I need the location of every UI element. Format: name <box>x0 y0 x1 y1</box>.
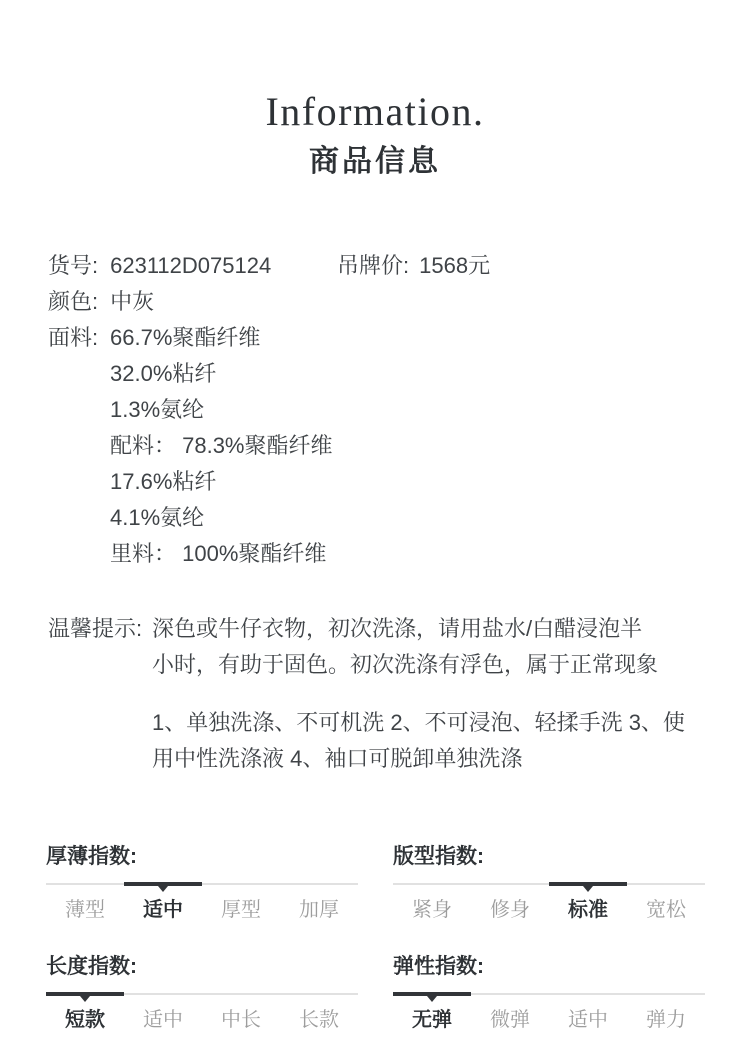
page-header: Information. 商品信息 <box>0 0 750 180</box>
index-label: 版型指数: <box>393 845 705 869</box>
index-option: 中长 <box>202 1008 280 1032</box>
index-options: 无弹 微弹 适中 弹力 <box>393 1008 705 1032</box>
index-option: 长款 <box>280 1008 358 1032</box>
wash-instructions: 1、单独洗涤、不可机洗 2、不可浸泡、轻揉手洗 3、使 用中性洗涤液 4、袖口可… <box>152 705 706 777</box>
index-option: 标准 <box>549 898 627 922</box>
color-row: 颜色: 中灰 <box>48 284 706 320</box>
index-track <box>393 992 705 996</box>
selected-arrow-icon <box>427 996 437 1002</box>
index-group-thickness: 厚薄指数: 薄型 适中 厚型 加厚 <box>46 845 358 922</box>
fabric-line: 32.0%粘纤 <box>110 356 706 392</box>
fabric-label: 面料: <box>48 320 110 356</box>
price-label: 吊牌价: <box>337 248 409 284</box>
index-group-elasticity: 弹性指数: 无弹 微弹 适中 弹力 <box>393 955 705 1032</box>
selected-arrow-icon <box>583 886 593 892</box>
sku-value: 623112D075124 <box>110 248 271 284</box>
index-track <box>46 882 358 886</box>
fabric-line: 里料： 100%聚酯纤维 <box>110 536 706 572</box>
selected-arrow-icon <box>80 996 90 1002</box>
fabric-line: 4.1%氨纶 <box>110 500 706 536</box>
index-option: 薄型 <box>46 898 124 922</box>
index-option: 适中 <box>549 1008 627 1032</box>
price-field: 吊牌价: 1568元 <box>337 248 490 284</box>
index-option: 适中 <box>124 898 202 922</box>
care-tips-section: 温馨提示: 深色或牛仔衣物，初次洗涤，请用盐水/白醋浸泡半 小时，有助于固色。初… <box>48 611 706 777</box>
tips-label: 温馨提示: <box>48 611 152 647</box>
sku-field: 货号: 623112D075124 <box>48 248 337 284</box>
fabric-line: 17.6%粘纤 <box>110 464 706 500</box>
index-option: 修身 <box>471 898 549 922</box>
index-label: 长度指数: <box>46 955 358 979</box>
index-option: 弹力 <box>627 1008 705 1032</box>
tips-line: 小时，有助于固色。初次洗涤有浮色，属于正常现象 <box>152 647 706 683</box>
index-options: 短款 适中 中长 长款 <box>46 1008 358 1032</box>
product-info-section: 货号: 623112D075124 吊牌价: 1568元 颜色: 中灰 面料: … <box>48 248 706 572</box>
track-line <box>46 883 358 885</box>
index-option: 无弹 <box>393 1008 471 1032</box>
index-label: 弹性指数: <box>393 955 705 979</box>
sku-label: 货号: <box>48 248 98 284</box>
index-track <box>393 882 705 886</box>
index-section: 厚薄指数: 薄型 适中 厚型 加厚 版型指数: 紧身 修身 <box>46 845 705 1032</box>
sku-price-row: 货号: 623112D075124 吊牌价: 1568元 <box>48 248 706 284</box>
fabric-line: 配料： 78.3%聚酯纤维 <box>110 428 706 464</box>
fabric-row: 面料: 66.7%聚酯纤维 32.0%粘纤 1.3%氨纶 配料： 78.3%聚酯… <box>48 320 706 572</box>
index-options: 薄型 适中 厚型 加厚 <box>46 898 358 922</box>
index-label: 厚薄指数: <box>46 845 358 869</box>
color-label: 颜色: <box>48 284 98 320</box>
index-track <box>46 992 358 996</box>
index-option: 适中 <box>124 1008 202 1032</box>
index-option: 紧身 <box>393 898 471 922</box>
fabric-composition: 66.7%聚酯纤维 32.0%粘纤 1.3%氨纶 配料： 78.3%聚酯纤维 1… <box>110 320 706 572</box>
product-info-page: Information. 商品信息 货号: 623112D075124 吊牌价:… <box>0 0 750 1037</box>
index-option: 厚型 <box>202 898 280 922</box>
index-options: 紧身 修身 标准 宽松 <box>393 898 705 922</box>
page-title-en: Information. <box>0 90 750 134</box>
wash-line: 1、单独洗涤、不可机洗 2、不可浸泡、轻揉手洗 3、使 <box>152 705 706 741</box>
index-option: 短款 <box>46 1008 124 1032</box>
index-option: 宽松 <box>627 898 705 922</box>
tips-line: 深色或牛仔衣物，初次洗涤，请用盐水/白醋浸泡半 <box>152 611 706 647</box>
page-title-zh: 商品信息 <box>0 144 750 180</box>
index-option: 加厚 <box>280 898 358 922</box>
color-value: 中灰 <box>110 284 154 320</box>
price-value: 1568元 <box>419 248 490 284</box>
wash-line: 用中性洗涤液 4、袖口可脱卸单独洗涤 <box>152 741 706 777</box>
selected-arrow-icon <box>158 886 168 892</box>
fabric-line: 66.7%聚酯纤维 <box>110 320 706 356</box>
tips-text: 深色或牛仔衣物，初次洗涤，请用盐水/白醋浸泡半 小时，有助于固色。初次洗涤有浮色… <box>152 611 706 777</box>
index-group-fit: 版型指数: 紧身 修身 标准 宽松 <box>393 845 705 922</box>
fabric-line: 1.3%氨纶 <box>110 392 706 428</box>
index-option: 微弹 <box>471 1008 549 1032</box>
color-field: 颜色: 中灰 <box>48 284 154 320</box>
index-group-length: 长度指数: 短款 适中 中长 长款 <box>46 955 358 1032</box>
